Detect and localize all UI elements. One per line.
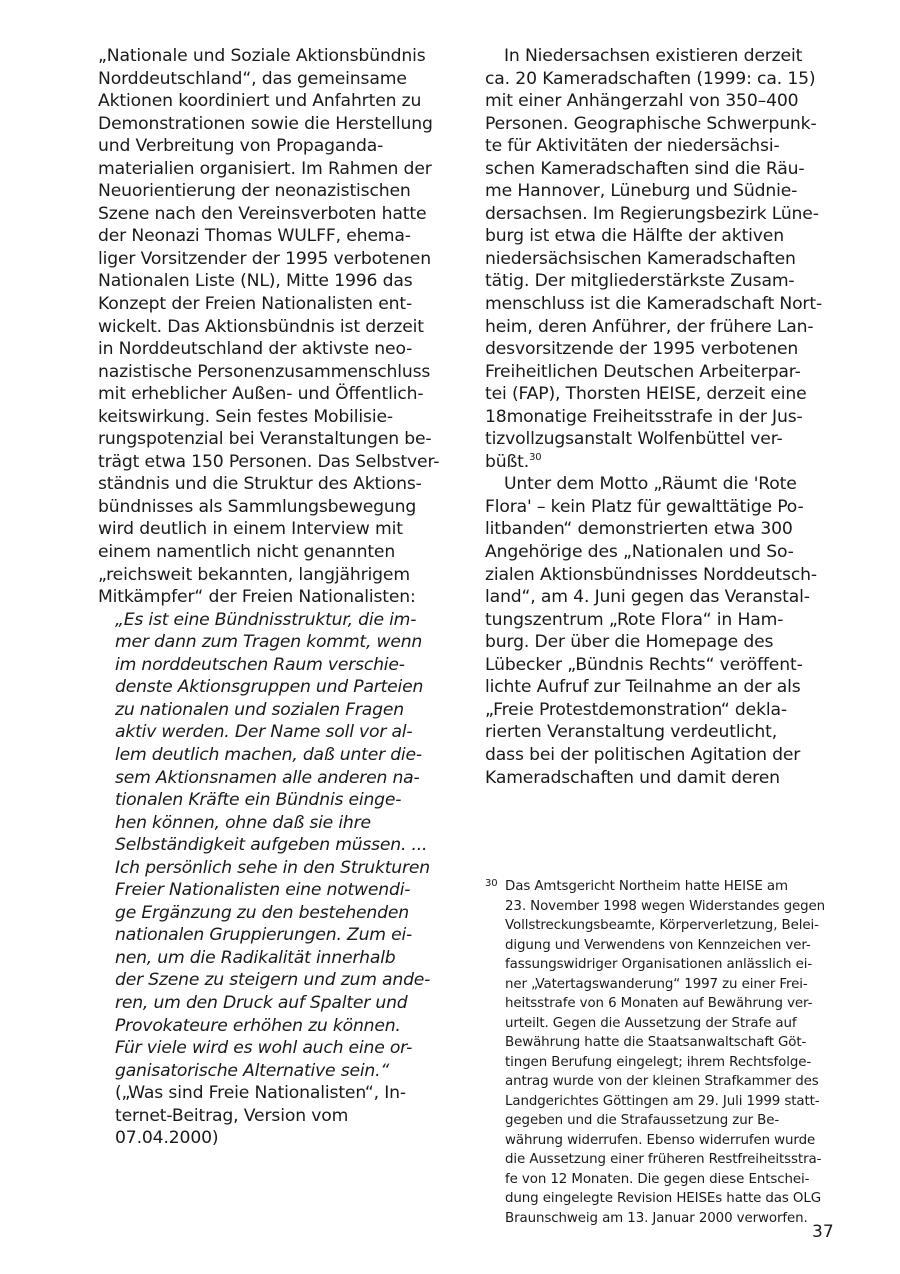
text-line: einem namentlich nicht genannten (98, 541, 458, 564)
text-line: dersachsen. Im Regierungsbezirk Lüne- (485, 203, 840, 226)
text-line: Angehörige des „Nationalen und So- (485, 541, 840, 564)
text-line: zu nationalen und sozialen Fragen (115, 699, 458, 722)
text-line: materialien organisiert. Im Rahmen der (98, 158, 458, 181)
text-line: Lübecker „Bündnis Rechts“ veröffent- (485, 654, 840, 677)
text-line: 07.04.2000) (115, 1127, 458, 1150)
text-line: 18monatige Freiheitsstrafe in der Jus- (485, 406, 840, 429)
text-line: „reichsweit bekannten, langjährigem (98, 564, 458, 587)
text-line: hen können, ohne daß sie ihre (115, 812, 458, 835)
text-line: lem deutlich machen, daß unter die- (115, 744, 458, 767)
text-line: („Was sind Freie Nationalisten“, In- (115, 1082, 458, 1105)
text-line: tei (FAP), Thorsten HEISE, derzeit eine (485, 383, 840, 406)
text-line: der Neonazi Thomas WULFF, ehema- (98, 225, 458, 248)
text-line: Mitkämpfer“ der Freien Nationalisten: (98, 586, 458, 609)
text-line: ca. 20 Kameradschaften (1999: ca. 15) (485, 68, 840, 91)
text-line: Bewährung hatte die Staatsanwaltschaft G… (505, 1033, 845, 1053)
text-line: tizvollzugsanstalt Wolfenbüttel ver- (485, 428, 840, 451)
text-line: Demonstrationen sowie die Herstellung (98, 113, 458, 136)
text-line: „Nationale und Soziale Aktionsbündnis (98, 45, 458, 68)
text-line: heitsstrafe von 6 Monaten auf Bewährung … (505, 994, 845, 1014)
footnote-number: 30 (485, 877, 498, 891)
right-paragraph-1: In Niedersachsen existieren derzeitca. 2… (485, 45, 840, 473)
text-line: schen Kameradschaften sind die Räu- (485, 158, 840, 181)
text-line: desvorsitzende der 1995 verbotenen (485, 338, 840, 361)
text-line: bündnisses als Sammlungsbewegung (98, 496, 458, 519)
text-line: ternet-Beitrag, Version vom (115, 1105, 458, 1128)
text-line: „Es ist eine Bündnisstruktur, die im- (115, 609, 458, 632)
left-paragraph: „Nationale und Soziale AktionsbündnisNor… (98, 45, 458, 609)
text-line: ren, um den Druck auf Spalter und (115, 992, 458, 1015)
text-line: tionalen Kräfte ein Bündnis einge- (115, 789, 458, 812)
text-line: fe von 12 Monaten. Die gegen diese Entsc… (505, 1170, 845, 1190)
text-line: niedersächsischen Kameradschaften (485, 248, 840, 271)
text-line: nen, um die Radikalität innerhalb (115, 947, 458, 970)
text-line: Selbständigkeit aufgeben müssen. ... (115, 834, 458, 857)
text-line: menschluss ist die Kameradschaft Nort- (485, 293, 840, 316)
text-line: zialen Aktionsbündnisses Norddeutsch- (485, 564, 840, 587)
paragraph-1-last-text: büßt. (485, 452, 529, 472)
text-line: lichte Aufruf zur Teilnahme an der als (485, 676, 840, 699)
text-line: mit einer Anhängerzahl von 350–400 (485, 90, 840, 113)
text-line: Das Amtsgericht Northeim hatte HEISE am (505, 877, 845, 897)
text-line: mer dann zum Tragen kommt, wenn (115, 631, 458, 654)
text-line: trägt etwa 150 Personen. Das Selbstver- (98, 451, 458, 474)
text-line: litbanden“ demonstrierten etwa 300 (485, 518, 840, 541)
text-line: heim, deren Anführer, der frühere Lan- (485, 316, 840, 339)
text-line: „Freie Protestdemonstration“ dekla- (485, 699, 840, 722)
text-line: ge Ergänzung zu den bestehenden (115, 902, 458, 925)
paragraph-1-lines: In Niedersachsen existieren derzeitca. 2… (485, 45, 840, 451)
text-line: rierten Veranstaltung verdeutlicht, (485, 721, 840, 744)
text-line: ständnis und die Struktur des Aktions- (98, 473, 458, 496)
text-line: digung und Verwendens von Kennzeichen ve… (505, 936, 845, 956)
quote-citation: („Was sind Freie Nationalisten“, In-tern… (98, 1082, 458, 1150)
text-line: urteilt. Gegen die Aussetzung der Strafe… (505, 1014, 845, 1034)
text-line: wird deutlich in einem Interview mit (98, 518, 458, 541)
text-line: land“, am 4. Juni gegen das Veranstal- (485, 586, 840, 609)
text-line: Unter dem Motto „Räumt die 'Rote (485, 473, 840, 496)
text-line: Personen. Geographische Schwerpunk- (485, 113, 840, 136)
text-line: Freier Nationalisten eine notwendi- (115, 879, 458, 902)
text-line: Landgerichtes Göttingen am 29. Juli 1999… (505, 1092, 845, 1112)
text-line: ner „Vatertagswanderung“ 1997 zu einer F… (505, 975, 845, 995)
text-line: wickelt. Das Aktionsbündnis ist derzeit (98, 316, 458, 339)
text-line: Flora' – kein Platz für gewalttätige Po- (485, 496, 840, 519)
text-line: Provokateure erhöhen zu können. (115, 1015, 458, 1038)
paragraph-1-last-line: büßt.30 (485, 451, 840, 474)
text-line: me Hannover, Lüneburg und Südnie- (485, 180, 840, 203)
text-line: Konzept der Freien Nationalisten ent- (98, 293, 458, 316)
text-line: 23. November 1998 wegen Widerstandes geg… (505, 897, 845, 917)
text-line: Freiheitlichen Deutschen Arbeiterpar- (485, 361, 840, 384)
text-line: aktiv werden. Der Name soll vor al- (115, 721, 458, 744)
text-line: tingen Berufung eingelegt; ihrem Rechtsf… (505, 1053, 845, 1073)
text-line: Szene nach den Vereinsverboten hatte (98, 203, 458, 226)
text-line: in Norddeutschland der aktivste neo- (98, 338, 458, 361)
footnote-30: 30 Das Amtsgericht Northeim hatte HEISE … (485, 877, 845, 1228)
footnote-reference[interactable]: 30 (529, 452, 541, 463)
interview-quote: „Es ist eine Bündnisstruktur, die im-mer… (98, 609, 458, 1082)
text-line: ganisatorische Alternative sein.“ (115, 1060, 458, 1083)
text-line: burg ist etwa die Hälfte der aktiven (485, 225, 840, 248)
text-line: der Szene zu steigern und zum ande- (115, 969, 458, 992)
text-line: rungspotenzial bei Veranstaltungen be- (98, 428, 458, 451)
text-line: tungszentrum „Rote Flora“ in Ham- (485, 609, 840, 632)
text-line: Neuorientierung der neonazistischen (98, 180, 458, 203)
text-line: gegeben und die Strafaussetzung zur Be- (505, 1111, 845, 1131)
text-line: nazistische Personenzusammenschluss (98, 361, 458, 384)
text-line: Für viele wird es wohl auch eine or- (115, 1037, 458, 1060)
text-line: Kameradschaften und damit deren (485, 767, 840, 790)
text-line: antrag wurde von der kleinen Strafkammer… (505, 1072, 845, 1092)
text-line: währung widerrufen. Ebenso widerrufen wu… (505, 1131, 845, 1151)
text-line: Norddeutschland“, das gemeinsame (98, 68, 458, 91)
text-line: im norddeutschen Raum verschie- (115, 654, 458, 677)
text-line: die Aussetzung einer früheren Restfreihe… (505, 1150, 845, 1170)
text-line: burg. Der über die Homepage des (485, 631, 840, 654)
text-line: mit erheblicher Außen- und Öffentlich- (98, 383, 458, 406)
left-column: „Nationale und Soziale AktionsbündnisNor… (98, 45, 458, 1150)
right-column: In Niedersachsen existieren derzeitca. 2… (485, 45, 840, 789)
text-line: tätig. Der mitgliederstärkste Zusam- (485, 270, 840, 293)
text-line: fassungswidriger Organisationen anlässli… (505, 955, 845, 975)
text-line: Vollstreckungsbeamte, Körperverletzung, … (505, 916, 845, 936)
text-line: und Verbreitung von Propaganda- (98, 135, 458, 158)
text-line: te für Aktivitäten der niedersächsi- (485, 135, 840, 158)
footnote-text: Das Amtsgericht Northeim hatte HEISE am2… (505, 877, 845, 1228)
page-number: 37 (812, 1221, 834, 1243)
text-line: Aktionen koordiniert und Anfahrten zu (98, 90, 458, 113)
right-paragraph-2: Unter dem Motto „Räumt die 'RoteFlora' –… (485, 473, 840, 789)
text-line: liger Vorsitzender der 1995 verbotenen (98, 248, 458, 271)
text-line: keitswirkung. Sein festes Mobilisie- (98, 406, 458, 429)
text-line: sem Aktionsnamen alle anderen na- (115, 767, 458, 790)
text-line: Ich persönlich sehe in den Strukturen (115, 857, 458, 880)
text-line: In Niedersachsen existieren derzeit (485, 45, 840, 68)
text-line: denste Aktionsgruppen und Parteien (115, 676, 458, 699)
text-line: Braunschweig am 13. Januar 2000 verworfe… (505, 1209, 845, 1229)
text-line: Nationalen Liste (NL), Mitte 1996 das (98, 270, 458, 293)
text-line: dung eingelegte Revision HEISEs hatte da… (505, 1189, 845, 1209)
text-line: nationalen Gruppierungen. Zum ei- (115, 924, 458, 947)
text-line: dass bei der politischen Agitation der (485, 744, 840, 767)
